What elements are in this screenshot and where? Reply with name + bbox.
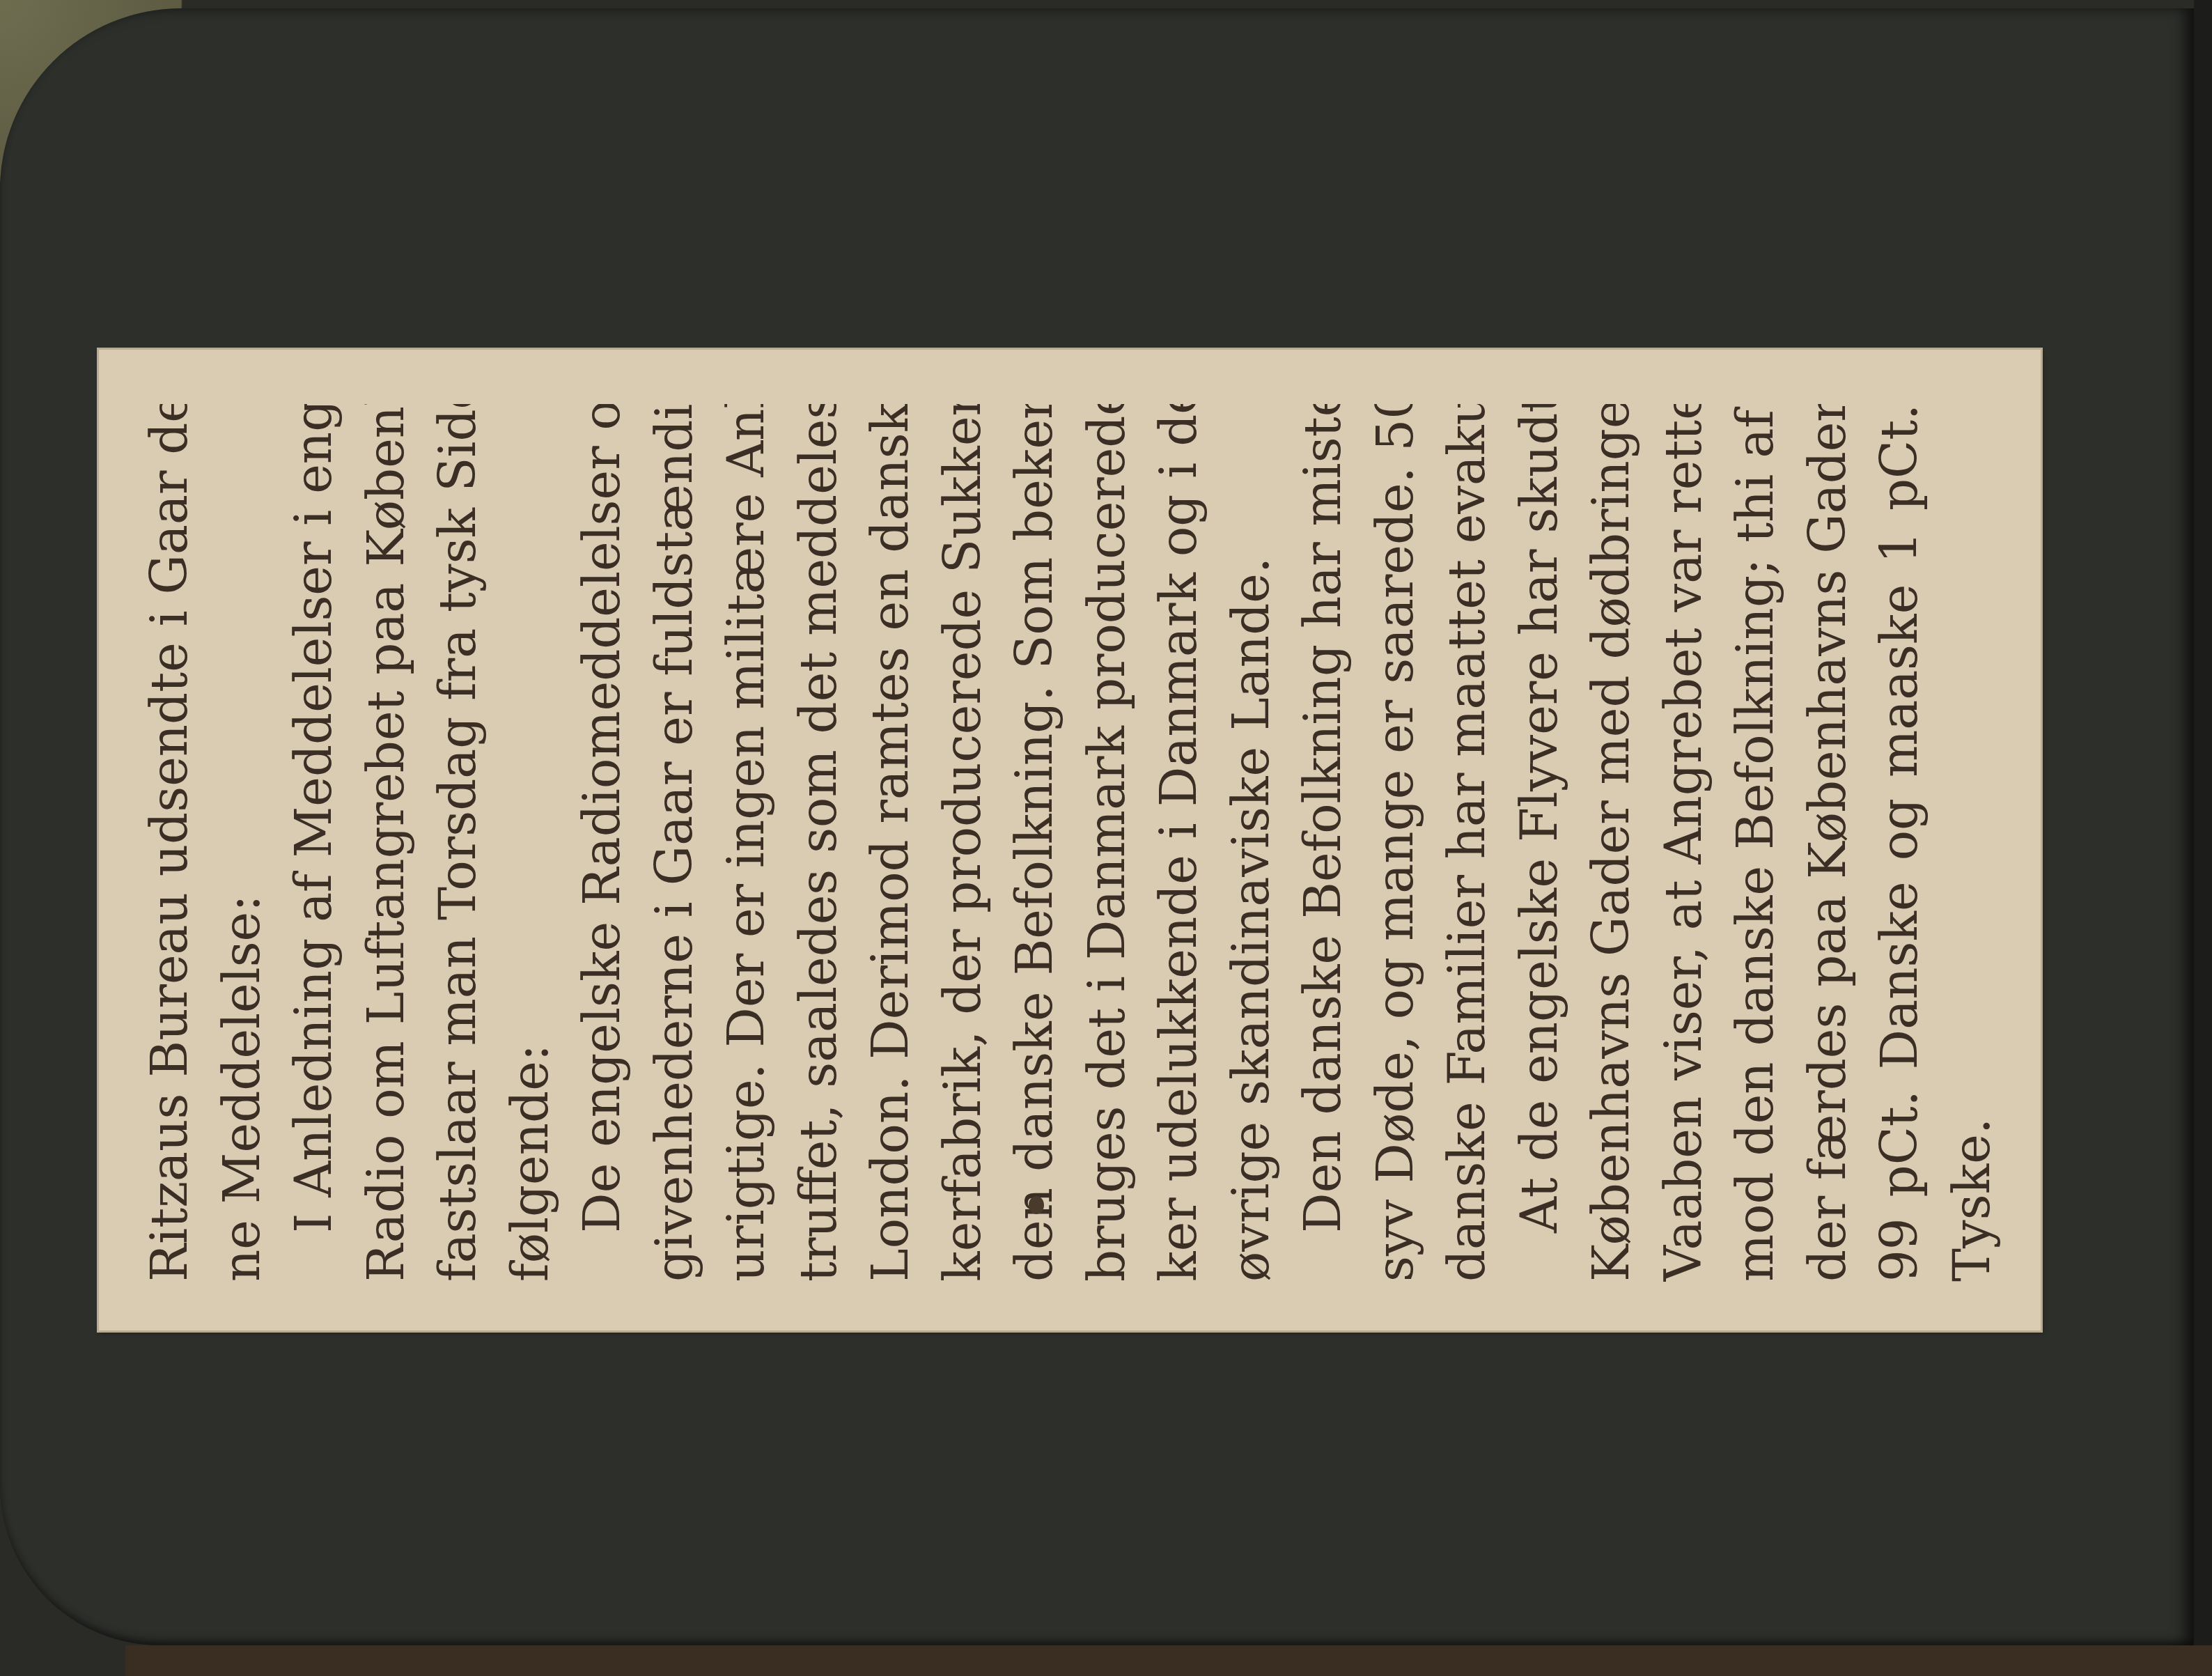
article-line: urigtige. Der er ingen militære Anlæg <box>710 404 783 1282</box>
article-line: Tyske. <box>1936 404 2009 1282</box>
article-line: øvrige skandinaviske Lande. <box>1215 404 1288 1282</box>
board-edge-bottom <box>125 1645 2212 1676</box>
article-line: ne Meddelelse: <box>206 404 279 1282</box>
article-line: Den danske Befolkning har mistet <box>1287 404 1360 1282</box>
article-line: fastslaar man Torsdag fra tysk Side <box>422 404 494 1282</box>
article-line: mod den danske Befolkning; thi af dem, <box>1720 404 1792 1282</box>
article-line: ker udelukkende i Danmark og i de <box>1143 404 1215 1282</box>
ink-stain <box>1029 1196 1044 1214</box>
article-line: Københavns Gader med dødbringende <box>1575 404 1648 1282</box>
article-line: Vaaben viser, at Angrebet var rettet <box>1648 404 1720 1282</box>
article-column: Ritzaus Bureau udsendte i Gaar den- ne M… <box>99 350 2041 1330</box>
article-line: syv Døde, og mange er saarede. 500 <box>1360 404 1432 1282</box>
article-line: truffet, saaledes som det meddeles fra <box>783 404 855 1282</box>
article-line: De engelske Radiomeddelelser om Be- <box>566 404 639 1282</box>
article-line: der færdes paa Københavns Gader, er <box>1792 404 1864 1282</box>
article-line: At de engelske Flyvere har skudt i <box>1504 404 1576 1282</box>
article-line: danske Familier har maattet evakueres <box>1431 404 1504 1282</box>
board-edge-right <box>2194 0 2212 1676</box>
article-line: bruges det i Danmark producerede Suk- <box>1071 404 1144 1282</box>
article-line: kerfabrik, der producerede Sukker for <box>927 404 999 1282</box>
article-line: givenhederne i Gaar er fuldstændig <box>639 404 711 1282</box>
newspaper-clipping: Ritzaus Bureau udsendte i Gaar den- ne M… <box>99 350 2041 1330</box>
article-line: Ritzaus Bureau udsendte i Gaar den- <box>134 404 206 1282</box>
article-line: 99 pCt. Danske og maaske 1 pCt. <box>1864 404 1936 1282</box>
article-line: I Anledning af Meddelelser i engelsk <box>278 404 350 1282</box>
article-line: den danske Befolkning. Som bekendt <box>999 404 1071 1282</box>
article-line: følgende: <box>494 404 567 1282</box>
rotated-text-frame: Ritzaus Bureau udsendte i Gaar den- ne M… <box>99 350 2041 1330</box>
article-line: Radio om Luftangrebet paa København <box>350 404 423 1282</box>
article-line: London. Derimod ramtes en dansk Suk- <box>855 404 927 1282</box>
